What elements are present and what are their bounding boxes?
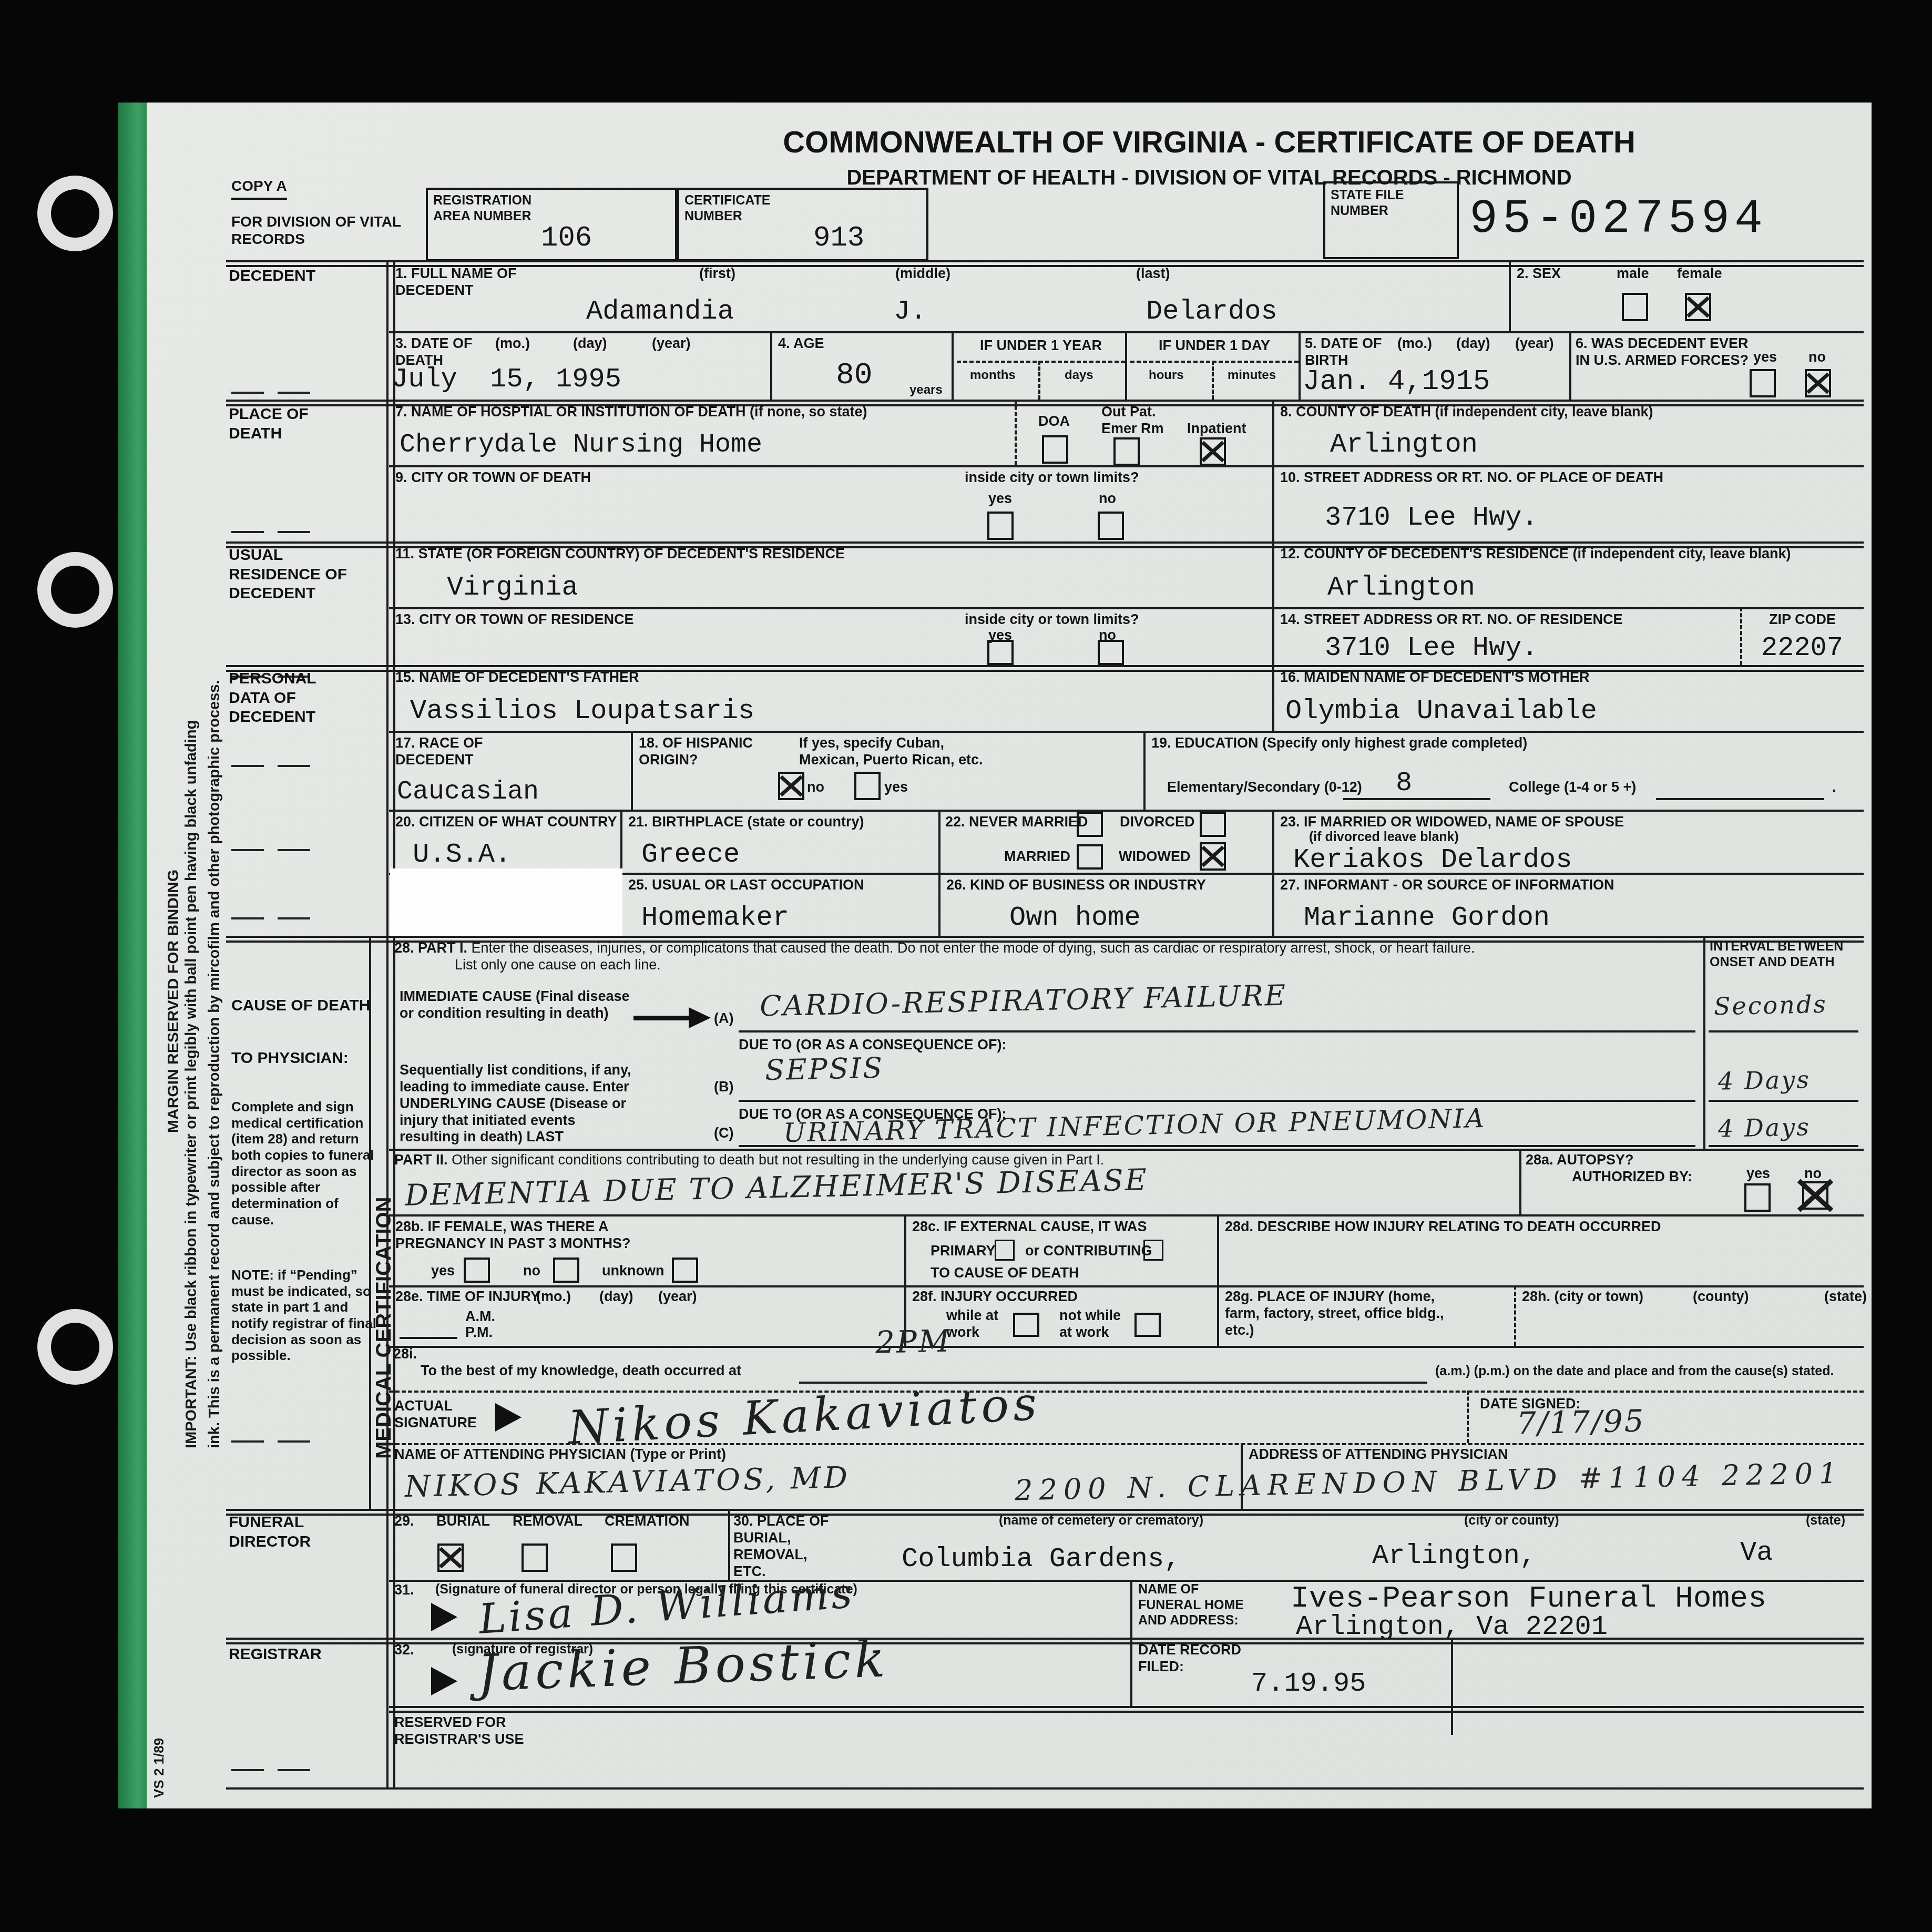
cause-b-value: SEPSIS xyxy=(764,1051,884,1087)
blank-line xyxy=(739,1030,1695,1033)
minutes-sublabel: minutes xyxy=(1228,368,1276,383)
state-file-value: 95-027594 xyxy=(1469,193,1767,247)
blank-line xyxy=(1709,1030,1858,1033)
hispanic-yes-label: yes xyxy=(884,779,908,796)
copy-label: COPY A xyxy=(231,177,287,200)
external-cause-label: 28c. IF EXTERNAL CAUSE, IT WAS xyxy=(912,1219,1147,1235)
divider xyxy=(1569,331,1571,400)
row29-label: 29. xyxy=(394,1513,414,1530)
dashed-divider xyxy=(389,1391,1864,1393)
checkbox-forces-yes xyxy=(1750,369,1776,397)
pm-label: P.M. xyxy=(465,1324,493,1341)
checkbox-limits-no xyxy=(1098,640,1124,665)
row32-label: 32. xyxy=(394,1642,414,1659)
dashed-divider xyxy=(1514,1285,1516,1346)
part2-text: Other significant conditions contributin… xyxy=(452,1152,1104,1168)
divider xyxy=(620,810,622,873)
28i-label: 28i. xyxy=(393,1346,417,1363)
part2-label: PART II. xyxy=(394,1152,448,1168)
interval-a-value: Seconds xyxy=(1713,990,1827,1021)
checkbox-limits-yes xyxy=(987,512,1014,540)
divider xyxy=(1272,400,1274,465)
contributing-label: or CONTRIBUTING xyxy=(1025,1243,1152,1260)
divider xyxy=(631,731,633,810)
dashed-divider xyxy=(1130,361,1299,363)
dashed-divider xyxy=(957,361,1125,363)
redaction-box xyxy=(390,868,622,936)
row-citizenship-marital: 20. CITIZEN OF WHAT COUNTRY U.S.A. 21. B… xyxy=(226,810,1864,873)
row-physician: NAME OF ATTENDING PHYSICIAN (Type or Pri… xyxy=(226,1443,1864,1509)
line-a-label: (A) xyxy=(714,1010,733,1027)
row-28e-28h: 28e. TIME OF INJURY (mo.) (day) (year) A… xyxy=(226,1285,1864,1346)
date-signed-value: 7/17/95 xyxy=(1516,1403,1645,1441)
blank-line xyxy=(1709,1100,1858,1102)
statement-suffix: (a.m.) (p.m.) on the date and place and … xyxy=(1435,1364,1834,1379)
city-of-death-label: 9. CITY OR TOWN OF DEATH xyxy=(395,469,591,486)
divorced-label: DIVORCED xyxy=(1120,814,1195,831)
blank-line xyxy=(1343,798,1490,800)
age-value: 80 xyxy=(836,359,873,393)
zip-label: ZIP CODE xyxy=(1769,611,1836,628)
limits-label: inside city or town limits? xyxy=(965,611,1139,628)
dashed-divider xyxy=(1467,1391,1469,1443)
divider xyxy=(1272,810,1274,873)
informant-label: 27. INFORMANT - OR SOURCE OF INFORMATION xyxy=(1280,877,1614,894)
blank-line xyxy=(1709,1145,1858,1147)
margin-important-note: IMPORTANT: Use black ribbon in typewrite… xyxy=(180,680,226,1448)
day-sublabel: (day) xyxy=(599,1289,633,1305)
street-of-death-value: 3710 Lee Hwy. xyxy=(1325,502,1538,533)
middle-name-sublabel: (middle) xyxy=(895,265,950,282)
part1-instructions: 28. PART I. Enter the diseases, injuries… xyxy=(394,940,1698,974)
section-usual-residence: USUAL RESIDENCE OF DECEDENT xyxy=(229,546,355,604)
row-race-education: 17. RACE OF DECEDENT Caucasian 18. OF HI… xyxy=(226,731,1864,810)
sex-female-label: female xyxy=(1677,265,1722,282)
registration-area-label: REGISTRATION AREA NUMBER xyxy=(433,193,559,224)
elementary-label: Elementary/Secondary (0-12) xyxy=(1167,779,1362,796)
form-code: VS 2 1/89 xyxy=(151,1738,167,1798)
year-sublabel: (year) xyxy=(652,335,691,352)
residence-county-value: Arlington xyxy=(1327,572,1475,603)
registration-area-value: 106 xyxy=(541,222,592,254)
cemetery-value: Columbia Gardens, xyxy=(902,1543,1181,1575)
part1-text: Enter the diseases, injuries, or complic… xyxy=(472,940,1475,956)
spouse-label: 23. IF MARRIED OR WIDOWED, NAME OF SPOUS… xyxy=(1280,814,1624,831)
full-name-label: 1. FULL NAME OF DECEDENT xyxy=(395,265,537,299)
checkbox-not-while-at-work xyxy=(1134,1313,1161,1337)
interval-b-value: 4 Days xyxy=(1718,1065,1811,1096)
married-label: MARRIED xyxy=(1004,849,1070,865)
row-28i: 28i. To the best of my knowledge, death … xyxy=(226,1346,1864,1391)
residence-state-label: 11. STATE (OR FOREIGN COUNTRY) OF DECEDE… xyxy=(395,546,845,563)
first-name-value: Adamandia xyxy=(586,296,734,327)
punch-hole-top xyxy=(51,189,99,238)
row-occupation: 25. USUAL OR LAST OCCUPATION Homemaker 2… xyxy=(226,873,1864,936)
row-signature: ACTUAL SIGNATURE Nikos Kakaviatos DATE S… xyxy=(226,1391,1864,1443)
widowed-label: WIDOWED xyxy=(1119,849,1190,865)
divider xyxy=(1272,541,1274,607)
row-place-of-death: PLACE OF DEATH 7. NAME OF HOSPTIAL OR IN… xyxy=(226,400,1864,465)
divider xyxy=(389,731,1864,733)
citizen-label: 20. CITIZEN OF WHAT COUNTRY xyxy=(395,814,617,831)
mo-sublabel: (mo.) xyxy=(536,1289,571,1305)
armed-forces-yes-label: yes xyxy=(1753,349,1777,366)
checkbox-burial-checked xyxy=(437,1543,464,1572)
divider xyxy=(1143,731,1146,810)
section-decedent: DECEDENT xyxy=(229,267,315,286)
spouse-value: Keriakos Delardos xyxy=(1293,844,1572,875)
checkbox-married xyxy=(1077,844,1103,870)
birthplace-value: Greece xyxy=(641,839,740,870)
mo-sublabel: (mo.) xyxy=(1397,335,1432,352)
checkbox-contributing xyxy=(1143,1240,1163,1261)
date-of-birth-label: 5. DATE OF BIRTH xyxy=(1305,335,1399,369)
divider xyxy=(389,1285,1864,1287)
injury-city-label: 28h. (city or town) xyxy=(1522,1289,1643,1305)
dashed-divider xyxy=(1740,607,1742,665)
green-binding-strip xyxy=(118,103,147,1808)
birthplace-label: 21. BIRTHPLACE (state or country) xyxy=(628,814,864,831)
injury-state-label: (state) xyxy=(1824,1289,1867,1305)
checkbox-forces-no-checked xyxy=(1805,369,1831,397)
checkbox-autopsy-yes xyxy=(1744,1183,1771,1212)
date-filed-label: DATE RECORD FILED: xyxy=(1138,1642,1264,1675)
business-value: Own home xyxy=(1009,902,1141,933)
limits-label: inside city or town limits? xyxy=(965,469,1139,486)
checkbox-primary xyxy=(995,1240,1015,1261)
armed-forces-label: 6. WAS DECEDENT EVER IN U.S. ARMED FORCE… xyxy=(1576,335,1752,369)
residence-county-label: 12. COUNTY OF DECEDENT'S RESIDENCE (if i… xyxy=(1280,546,1848,563)
citizen-value: U.S.A. xyxy=(413,839,511,870)
checkbox-pregnancy-no xyxy=(553,1258,579,1283)
divider xyxy=(952,331,954,400)
page-subtitle: DEPARTMENT OF HEALTH - DIVISION OF VITAL… xyxy=(486,166,1932,190)
state-file-label: STATE FILE NUMBER xyxy=(1331,188,1436,219)
blank-line xyxy=(1656,798,1824,800)
divider xyxy=(938,810,941,873)
hispanic-label: 18. OF HISPANIC ORIGIN? xyxy=(639,735,796,769)
informant-value: Marianne Gordon xyxy=(1304,902,1550,933)
divider xyxy=(904,1214,906,1285)
divider xyxy=(1519,1149,1521,1214)
occupation-label: 25. USUAL OR LAST OCCUPATION xyxy=(628,877,864,894)
funeral-home-label: NAME OF FUNERAL HOME AND ADDRESS: xyxy=(1138,1582,1254,1629)
checkbox-doa xyxy=(1042,435,1068,464)
residence-street-value: 3710 Lee Hwy. xyxy=(1325,632,1538,663)
time-of-injury-label: 28e. TIME OF INJURY xyxy=(395,1289,540,1305)
section-registrar: REGISTRAR xyxy=(229,1645,322,1664)
to-cause-label: TO CAUSE OF DEATH xyxy=(931,1265,1079,1282)
autopsy-yes-label: yes xyxy=(1746,1166,1770,1182)
burial-label: BURIAL xyxy=(436,1513,490,1530)
year-sublabel: (year) xyxy=(1515,335,1554,352)
section-funeral-director: FUNERAL DIRECTOR xyxy=(229,1513,355,1551)
place-of-burial-label: 30. PLACE OF BURIAL, REMOVAL, ETC. xyxy=(733,1513,839,1580)
interval-header: INTERVAL BETWEEN ONSET AND DEATH xyxy=(1710,939,1852,970)
divider xyxy=(1130,1638,1132,1706)
margin-important-line2: ink. This is a permanent record and subj… xyxy=(203,680,227,1448)
line-c-label: (C) xyxy=(714,1125,733,1142)
business-label: 26. KIND OF BUSINESS OR INDUSTRY xyxy=(946,877,1206,894)
arrow-icon xyxy=(633,1016,689,1020)
last-name-value: Delardos xyxy=(1146,296,1277,327)
limits-no-label: no xyxy=(1099,490,1116,507)
checkbox-limits-yes xyxy=(987,640,1014,665)
doa-label: DOA xyxy=(1038,413,1070,430)
street-of-death-label: 10. STREET ADDRESS OR RT. NO. OF PLACE O… xyxy=(1280,469,1663,486)
father-label: 15. NAME OF DECEDENT'S FATHER xyxy=(395,669,639,686)
hospital-label: 7. NAME OF HOSPTIAL OR INSTITUTION OF DE… xyxy=(395,404,895,421)
checkbox-limits-no xyxy=(1098,512,1124,540)
father-value: Vassilios Loupatsaris xyxy=(410,696,754,727)
divider xyxy=(1272,465,1274,541)
residence-state-value: Virginia xyxy=(447,572,578,603)
interval-c-value: 4 Days xyxy=(1718,1112,1811,1143)
injury-occurred-label: 28f. INJURY OCCURRED xyxy=(912,1289,1078,1305)
checkbox-divorced xyxy=(1200,812,1226,837)
certificate-number-box: CERTIFICATE NUMBER 913 xyxy=(677,188,928,261)
hispanic-hint: If yes, specify Cuban, Mexican, Puerto R… xyxy=(799,735,988,769)
injury-description-label: 28d. DESCRIBE HOW INJURY RELATING TO DEA… xyxy=(1225,1219,1661,1235)
limits-yes-label: yes xyxy=(988,490,1012,507)
divider xyxy=(389,465,1864,467)
date-of-birth-value: Jan. 4,1915 xyxy=(1303,366,1490,398)
hours-sublabel: hours xyxy=(1149,368,1184,383)
line-b-label: (B) xyxy=(714,1079,733,1096)
pregnancy-yes-label: yes xyxy=(431,1263,455,1280)
spouse-note: (if divorced leave blank) xyxy=(1309,830,1459,845)
emer-rm-label: Emer Rm xyxy=(1101,421,1164,437)
for-division-label: FOR DIVISION OF VITAL RECORDS xyxy=(231,213,405,248)
state-file-box: STATE FILE NUMBER xyxy=(1323,181,1459,259)
row-reserved: RESERVED FOR REGISTRAR'S USE xyxy=(226,1706,1864,1790)
hospital-value: Cherrydale Nursing Home xyxy=(400,430,762,460)
row-cause-part1: 28. PART I. Enter the diseases, injuries… xyxy=(226,936,1864,1149)
certificate-sheet: MARGIN RESERVED FOR BINDING IMPORTANT: U… xyxy=(118,103,1872,1808)
immediate-cause-label: IMMEDIATE CAUSE (Final disease or condit… xyxy=(400,988,631,1022)
mother-value: Olymbia Unavailable xyxy=(1285,696,1597,727)
cause-a-value: CARDIO-RESPIRATORY FAILURE xyxy=(759,979,1287,1023)
row-city-of-death: 9. CITY OR TOWN OF DEATH inside city or … xyxy=(226,465,1864,541)
physician-address-label: ADDRESS OF ATTENDING PHYSICIAN xyxy=(1249,1446,1508,1463)
county-of-death-label: 8. COUNTY OF DEATH (if independent city,… xyxy=(1280,404,1832,421)
age-years-label: years xyxy=(909,383,943,397)
divider xyxy=(389,1214,1864,1217)
under-1-year-label: IF UNDER 1 YEAR xyxy=(957,338,1125,354)
page-title: COMMONWEALTH OF VIRGINIA - CERTIFICATE O… xyxy=(486,125,1932,160)
divider xyxy=(1703,936,1705,1149)
punch-hole-middle xyxy=(51,566,99,614)
outpat-label: Out Pat. xyxy=(1101,404,1156,421)
divider xyxy=(389,810,1864,812)
divider xyxy=(938,873,941,936)
part2-value: DEMENTIA DUE TO ALZHEIMER'S DISEASE xyxy=(404,1163,1148,1213)
county-of-death-value: Arlington xyxy=(1330,429,1478,460)
registration-area-box: REGISTRATION AREA NUMBER 106 xyxy=(426,188,677,261)
reserved-label: RESERVED FOR REGISTRAR'S USE xyxy=(394,1714,547,1748)
sex-male-label: male xyxy=(1617,265,1649,282)
section-place-of-death: PLACE OF DEATH xyxy=(229,405,355,443)
part1-text2: List only one cause on each line. xyxy=(455,957,1698,974)
am-label: A.M. xyxy=(465,1309,495,1325)
race-label: 17. RACE OF DECEDENT xyxy=(395,735,543,769)
statement-value: 2PM xyxy=(875,1323,952,1360)
divider xyxy=(389,1706,1864,1713)
burial-state-value: Va xyxy=(1740,1537,1773,1568)
months-sublabel: months xyxy=(970,368,1016,383)
divider xyxy=(1272,665,1274,731)
hispanic-no-label: no xyxy=(807,779,824,796)
zip-value: 22207 xyxy=(1761,632,1843,663)
arrowhead-icon xyxy=(431,1667,457,1695)
education-label: 19. EDUCATION (Specify only highest grad… xyxy=(1151,735,1527,752)
actual-signature-label: ACTUAL SIGNATURE xyxy=(394,1398,484,1432)
divider xyxy=(728,1509,730,1580)
checkbox-inpatient-checked xyxy=(1200,437,1226,466)
row-28b-28d: 28b. IF FEMALE, WAS THERE A PREGNANCY IN… xyxy=(226,1214,1864,1285)
divider xyxy=(1451,1638,1453,1706)
divider xyxy=(389,1149,1864,1151)
autopsy-label: 28a. AUTOPSY? xyxy=(1526,1152,1634,1169)
state-sublabel: (state) xyxy=(1806,1513,1845,1529)
day-sublabel: (day) xyxy=(1456,335,1490,352)
divider xyxy=(1217,1214,1219,1285)
place-of-injury-label: 28g. PLACE OF INJURY (home, farm, factor… xyxy=(1225,1289,1451,1339)
checkbox-hispanic-yes xyxy=(854,772,881,800)
divider xyxy=(1509,260,1511,331)
divider xyxy=(1451,1706,1453,1735)
margin-important-line1: IMPORTANT: Use black ribbon in typewrite… xyxy=(180,680,203,1448)
under-1-day-label: IF UNDER 1 DAY xyxy=(1130,338,1299,354)
occupation-value: Homemaker xyxy=(641,902,789,933)
injury-county-label: (county) xyxy=(1693,1289,1749,1305)
cemetery-sublabel: (name of cemetery or crematory) xyxy=(999,1513,1203,1529)
arrowhead-icon xyxy=(495,1403,522,1432)
divider xyxy=(770,331,772,400)
dashed-divider xyxy=(1212,361,1214,400)
part2-instructions: PART II. Other significant conditions co… xyxy=(394,1152,1509,1169)
while-at-work-label: while at work xyxy=(946,1307,1004,1341)
part1-label: 28. PART I. xyxy=(394,940,467,956)
date-of-death-value: July 15, 1995 xyxy=(392,364,621,395)
divider xyxy=(1272,607,1274,665)
college-label: College (1-4 or 5 +) xyxy=(1509,779,1636,796)
checkbox-never-married xyxy=(1077,812,1103,837)
authorized-by-label: AUTHORIZED BY: xyxy=(1572,1169,1692,1185)
date-filed-value: 7.19.95 xyxy=(1251,1668,1366,1699)
dashed-divider xyxy=(1015,400,1017,465)
row-cause-part2: PART II. Other significant conditions co… xyxy=(226,1149,1864,1214)
residence-street-label: 14. STREET ADDRESS OR RT. NO. OF RESIDEN… xyxy=(1280,611,1623,628)
first-name-sublabel: (first) xyxy=(699,265,735,282)
checkbox-widowed-checked xyxy=(1200,842,1226,871)
divider xyxy=(1217,1285,1219,1346)
row-residence-state: USUAL RESIDENCE OF DECEDENT 11. STATE (O… xyxy=(226,541,1864,607)
row-full-name: DECEDENT 1. FULL NAME OF DECEDENT (first… xyxy=(226,260,1864,331)
blank-line xyxy=(739,1100,1695,1102)
divider xyxy=(389,607,1864,609)
arrowhead-icon xyxy=(431,1603,457,1631)
margin-binding-note: MARGIN RESERVED FOR BINDING xyxy=(165,870,182,1133)
divider xyxy=(389,1346,1864,1348)
year-sublabel: (year) xyxy=(658,1289,697,1305)
section-personal-data: PERSONAL DATA OF DECEDENT xyxy=(229,669,355,727)
punch-hole-bottom xyxy=(51,1323,99,1371)
inpatient-label: Inpatient xyxy=(1187,421,1246,437)
divider xyxy=(1130,1580,1132,1638)
row31-label: 31. xyxy=(394,1582,414,1599)
checkbox-male xyxy=(1622,293,1648,321)
middle-name-value: J. xyxy=(894,296,926,327)
certificate-number-value: 913 xyxy=(813,222,864,254)
physician-address-value: 2200 N. CLARENDON BLVD #1104 22201 xyxy=(1015,1456,1844,1507)
physician-name-value: NIKOS KAKAVIATOS, MD xyxy=(404,1460,851,1504)
pregnancy-label: 28b. IF FEMALE, WAS THERE A PREGNANCY IN… xyxy=(395,1219,700,1252)
checkbox-pregnancy-yes xyxy=(464,1258,490,1283)
row-burial: FUNERAL DIRECTOR 29. BURIAL REMOVAL CREM… xyxy=(226,1509,1864,1580)
checkbox-hispanic-no-checked xyxy=(778,772,804,800)
last-name-sublabel: (last) xyxy=(1136,265,1170,282)
removal-label: REMOVAL xyxy=(513,1513,582,1530)
not-while-at-work-label: not while at work xyxy=(1059,1307,1128,1341)
armed-forces-no-label: no xyxy=(1808,349,1826,366)
checkbox-outpat xyxy=(1113,437,1140,466)
cremation-label: CREMATION xyxy=(605,1513,690,1530)
checkbox-female-checked xyxy=(1685,293,1711,321)
blank-line xyxy=(400,1337,457,1339)
sequential-label: Sequentially list conditions, if any, le… xyxy=(400,1062,636,1146)
row-date-of-death: 3. DATE OF DEATH (mo.) (day) (year) July… xyxy=(226,331,1864,400)
certificate-number-label: CERTIFICATE NUMBER xyxy=(684,193,790,224)
never-married-label: 22. NEVER MARRIED xyxy=(945,814,1088,831)
days-sublabel: days xyxy=(1065,368,1093,383)
age-label: 4. AGE xyxy=(778,335,824,352)
mother-label: 16. MAIDEN NAME OF DECEDENT'S MOTHER xyxy=(1280,669,1589,686)
checkbox-removal xyxy=(522,1543,548,1572)
row-registrar: REGISTRAR 32. (signature of registrar) J… xyxy=(226,1638,1864,1706)
autopsy-no-label: no xyxy=(1804,1166,1822,1182)
education-period: . xyxy=(1832,779,1836,796)
dashed-divider xyxy=(1038,361,1040,400)
row-parents: PERSONAL DATA OF DECEDENT 15. NAME OF DE… xyxy=(226,665,1864,731)
checkbox-while-at-work xyxy=(1013,1313,1039,1337)
checkbox-autopsy-no-checked xyxy=(1802,1181,1828,1210)
pregnancy-no-label: no xyxy=(523,1263,540,1280)
divider xyxy=(1299,331,1301,400)
statement-text: To the best of my knowledge, death occur… xyxy=(421,1363,741,1379)
mo-sublabel: (mo.) xyxy=(495,335,530,352)
primary-label: PRIMARY xyxy=(931,1243,996,1260)
residence-city-label: 13. CITY OR TOWN OF RESIDENCE xyxy=(395,611,634,628)
checkbox-pregnancy-unknown xyxy=(672,1258,698,1283)
sex-label: 2. SEX xyxy=(1517,265,1561,282)
row-funeral-signature: 31. (Signature of funeral director or pe… xyxy=(226,1580,1864,1638)
burial-city-value: Arlington, xyxy=(1372,1540,1536,1571)
city-sublabel: (city or county) xyxy=(1464,1513,1559,1529)
checkbox-cremation xyxy=(611,1543,637,1572)
day-sublabel: (day) xyxy=(573,335,607,352)
divider xyxy=(1272,873,1274,936)
divider xyxy=(1125,331,1127,400)
race-value: Caucasian xyxy=(397,777,539,807)
pregnancy-unknown-label: unknown xyxy=(602,1263,664,1280)
elementary-value: 8 xyxy=(1396,768,1412,799)
row-residence-city: 13. CITY OR TOWN OF RESIDENCE inside cit… xyxy=(226,607,1864,665)
